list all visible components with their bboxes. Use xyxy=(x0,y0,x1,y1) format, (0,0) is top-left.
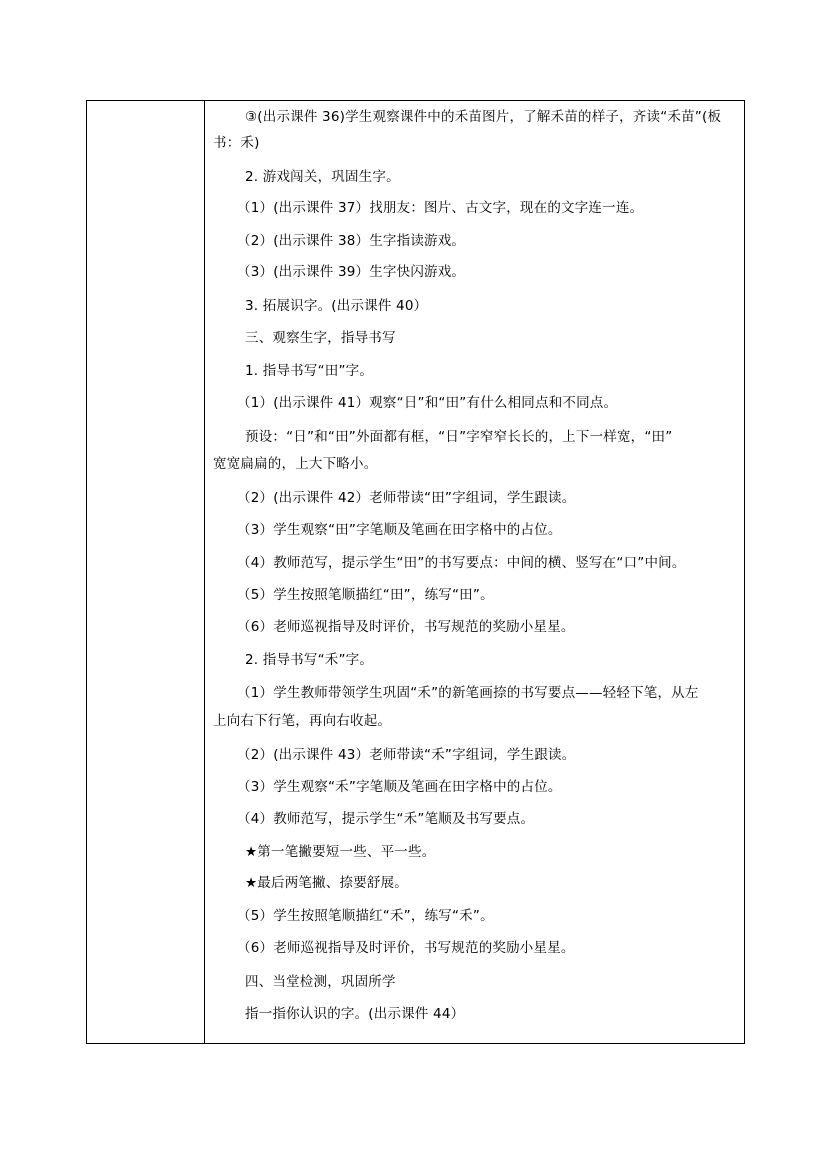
text-line: （5）学生按照笔顺描红“禾”，练写“禾”。 xyxy=(237,908,736,924)
text-line: 2. 指导书写“禾”字。 xyxy=(245,652,736,668)
text-line: （1）(出示课件 37）找朋友：图片、古文字，现在的文字连一连。 xyxy=(237,200,736,216)
text-line: （5）学生按照笔顺描红“田”，练写“田”。 xyxy=(237,587,736,603)
text-line: （4）教师范写，提示学生“禾”笔顺及书写要点。 xyxy=(237,811,736,827)
text-line: （2）(出示课件 38）生字指读游戏。 xyxy=(237,233,736,249)
text-line: 三、观察生字，指导书写 xyxy=(245,330,736,346)
text-line: （1）学生教师带领学生巩固“禾”的新笔画捺的书写要点——轻轻下笔，从左 xyxy=(237,685,736,701)
text-line: 2. 游戏闯关，巩固生字。 xyxy=(245,169,736,185)
text-line: （6）老师巡视指导及时评价，书写规范的奖励小星星。 xyxy=(237,940,736,956)
text-line: ★最后两笔撇、捺要舒展。 xyxy=(245,875,736,891)
text-line: 1. 指导书写“田”字。 xyxy=(245,363,736,379)
lesson-plan-table: ③(出示课件 36)学生观察课件中的禾苗图片，了解禾苗的样子，齐读“禾苗”(板书… xyxy=(86,100,745,1044)
text-line: 3. 拓展识字。(出示课件 40） xyxy=(245,298,736,314)
text-line: 宽宽扁扁的，上大下略小。 xyxy=(213,456,736,472)
text-line: 预设：“日”和“田”外面都有框，“日”字窄窄长长的，上下一样宽，“田” xyxy=(245,429,736,445)
text-line: 四、当堂检测，巩固所学 xyxy=(245,974,736,990)
text-line: ③(出示课件 36)学生观察课件中的禾苗图片，了解禾苗的样子，齐读“禾苗”(板 xyxy=(245,109,736,125)
text-line: ★第一笔撇要短一些、平一些。 xyxy=(245,844,736,860)
text-line: （3）学生观察“禾”字笔顺及笔画在田字格中的占位。 xyxy=(237,779,736,795)
content-cell: ③(出示课件 36)学生观察课件中的禾苗图片，了解禾苗的样子，齐读“禾苗”(板书… xyxy=(205,101,744,1043)
text-line: （4）教师范写，提示学生“田”的书写要点：中间的横、竖写在“口”中间。 xyxy=(237,555,736,571)
left-column-cell xyxy=(87,101,205,1043)
text-line: （3）(出示课件 39）生字快闪游戏。 xyxy=(237,264,736,280)
text-line: （2）(出示课件 43）老师带读“禾”字组词，学生跟读。 xyxy=(237,747,736,763)
text-line: （1）(出示课件 41）观察“日”和“田”有什么相同点和不同点。 xyxy=(237,395,736,411)
text-line: 上向右下行笔，再向右收起。 xyxy=(213,713,736,729)
text-line: 书：禾) xyxy=(213,135,736,151)
text-line: （6）老师巡视指导及时评价，书写规范的奖励小星星。 xyxy=(237,619,736,635)
text-line: 指一指你认识的字。(出示课件 44） xyxy=(245,1006,736,1022)
text-line: （2）(出示课件 42）老师带读“田”字组词，学生跟读。 xyxy=(237,490,736,506)
text-line: （3）学生观察“田”字笔顺及笔画在田字格中的占位。 xyxy=(237,522,736,538)
